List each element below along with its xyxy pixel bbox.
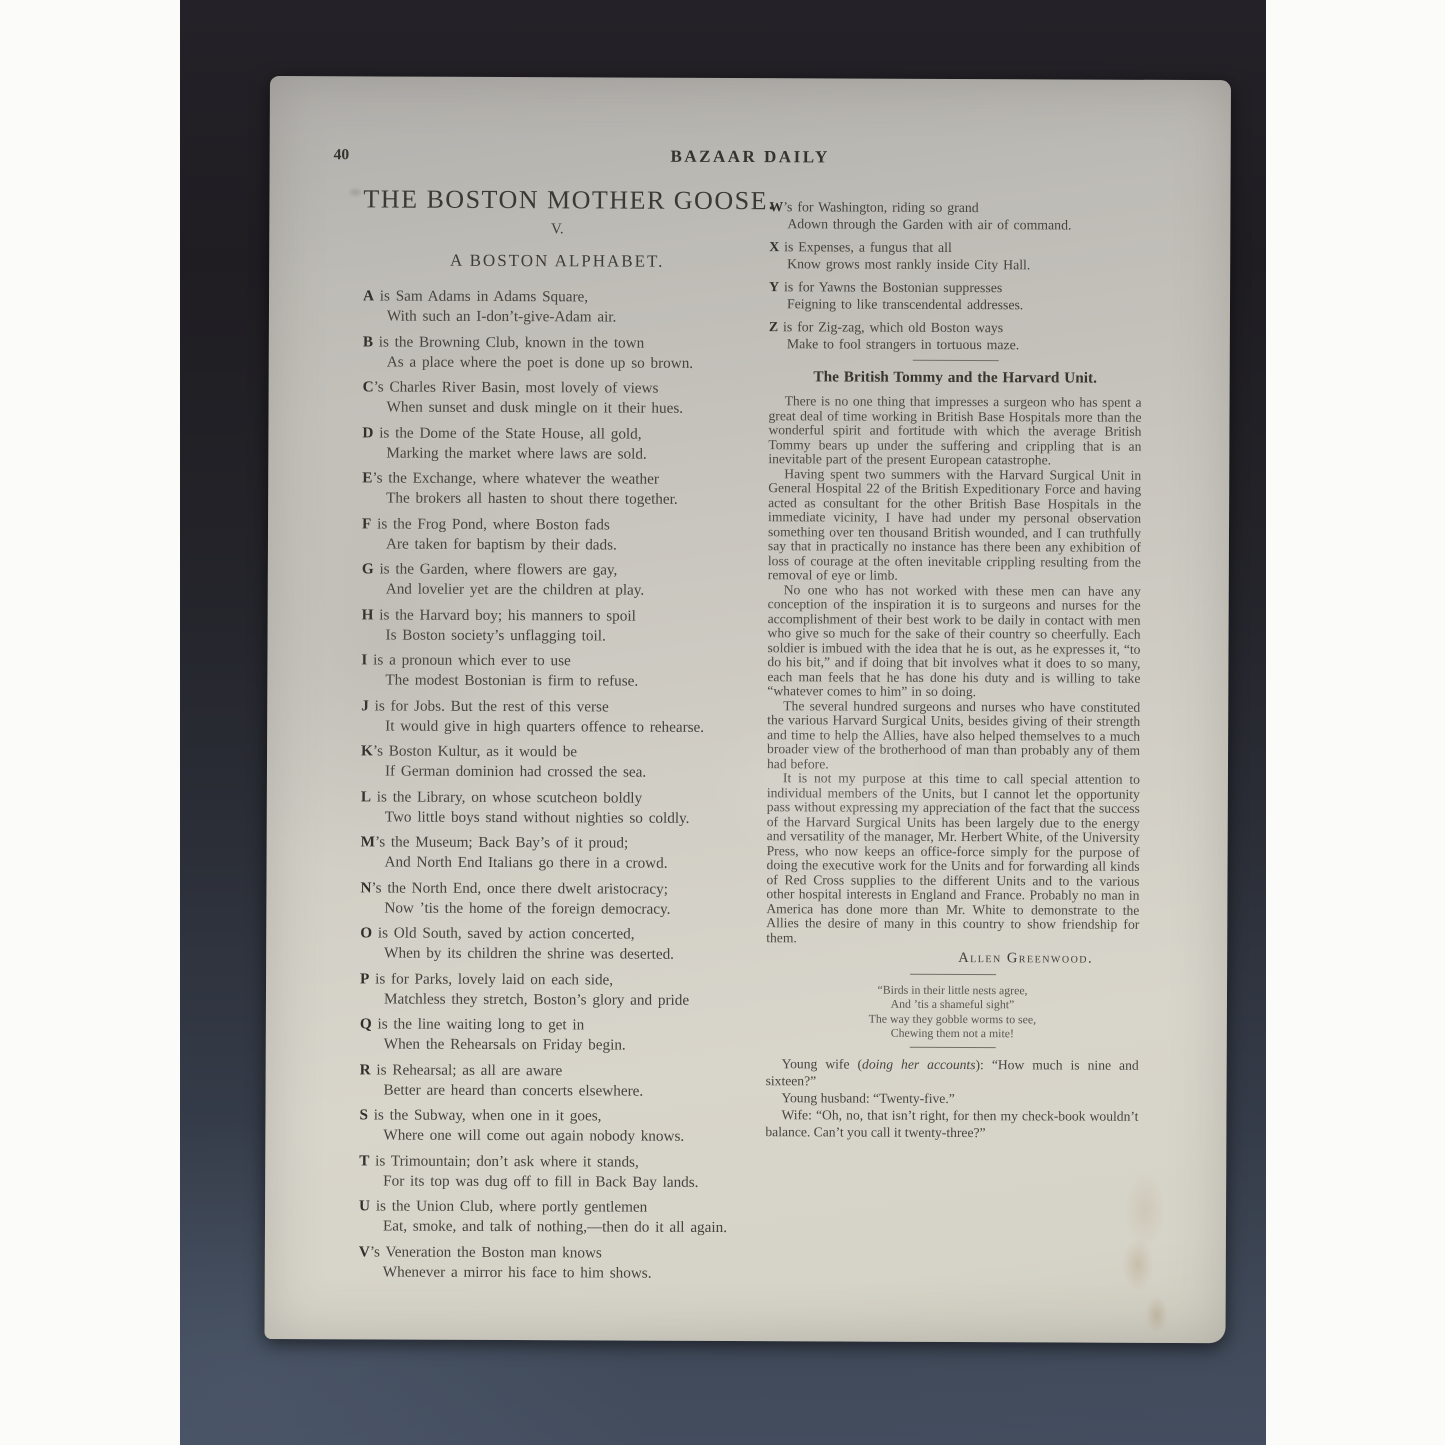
- alphabet-verse: A is Sam Adams in Adams Square,With such…: [363, 286, 751, 328]
- masthead-title: BAZAAR DAILY: [270, 145, 1231, 169]
- alphabet-verse: N’s the North End, once there dwelt aris…: [360, 878, 748, 920]
- right-column: W’s for Washington, riding so grandAdown…: [765, 178, 1143, 1291]
- verse-line-1: is the Subway, when one in it goes,: [368, 1106, 602, 1124]
- filler-poem-line: “Birds in their little nests agree,: [766, 982, 1139, 998]
- verse-initial-letter: W: [769, 199, 783, 214]
- verse-line-2: Matchless they stretch, Boston’s glory a…: [360, 990, 689, 1008]
- verse-line-2: Marking the market where laws are sold.: [362, 444, 646, 462]
- verse-initial-letter: D: [362, 424, 373, 441]
- verse-line-2: When the Rehearsals on Friday begin.: [360, 1035, 626, 1053]
- verse-initial-letter: Q: [360, 1015, 372, 1032]
- verse-initial-letter: F: [362, 515, 371, 532]
- alphabet-verse: D is the Dome of the State House, all go…: [362, 423, 750, 465]
- joke-line1-stage-direction: doing her accounts: [862, 1057, 976, 1072]
- article-paragraph: No one who has not worked with these men…: [767, 583, 1141, 701]
- verse-line-2: When by its children the shrine was dese…: [360, 944, 674, 962]
- alphabet-verse: U is the Union Club, where portly gentle…: [359, 1196, 747, 1238]
- verse-line-2: Better are heard than concerts elsewhere…: [360, 1081, 644, 1099]
- verse-initial-letter: X: [769, 239, 779, 254]
- verse-initial-letter: Z: [769, 319, 778, 334]
- verse-line-1: is Old South, saved by action concerted,: [372, 924, 635, 942]
- verse-line-1: is for Jobs. But the rest of this verse: [369, 697, 609, 715]
- verse-initial-letter: K: [361, 742, 373, 759]
- alphabet-verse: E’s the Exchange, where whatever the wea…: [362, 468, 750, 510]
- alphabet-verse: O is Old South, saved by action concerte…: [360, 923, 748, 965]
- article-paragraph: There is no one thing that impresses a s…: [768, 394, 1141, 468]
- verse-line-2: Eat, smoke, and talk of nothing,—then do…: [359, 1217, 727, 1236]
- alphabet-verse: B is the Browning Club, known in the tow…: [363, 332, 751, 374]
- article-paragraph: The several hundred surgeons and nurses …: [767, 699, 1140, 773]
- verse-initial-letter: O: [360, 924, 372, 941]
- verse-line-2: Feigning to like transcendental addresse…: [769, 296, 1023, 312]
- verse-line-2: Whenever a mirror his face to him shows.: [359, 1263, 652, 1281]
- filler-poem-line: Chewing them not a mite!: [766, 1025, 1139, 1041]
- alphabet-verse: Q is the line waiting long to get inWhen…: [360, 1014, 748, 1056]
- joke-line1-prefix: Young wife (: [782, 1056, 862, 1071]
- verse-initial-letter: N: [360, 879, 371, 896]
- alphabet-verse: H is the Harvard boy; his manners to spo…: [362, 605, 750, 647]
- divider-rule: [910, 974, 996, 975]
- verse-line-2: Know grows most rankly inside City Hall.: [769, 256, 1030, 272]
- verse-initial-letter: M: [361, 833, 375, 850]
- joke-line-2: Young husband: “Twenty-five.”: [766, 1089, 1139, 1108]
- joke-dialogue: Young wife (doing her accounts): “How mu…: [765, 1055, 1138, 1142]
- verse-initial-letter: Y: [769, 279, 779, 294]
- verse-line-2: Now ’tis the home of the foreign democra…: [360, 899, 670, 917]
- alphabet-verse: T is Trimountain; don’t ask where it sta…: [359, 1151, 747, 1193]
- alphabet-verse: G is the Garden, where flowers are gay,A…: [362, 559, 750, 601]
- verse-line-2: Make to fool strangers in tortuous maze.: [769, 336, 1019, 352]
- verse-line-2: And North End Italians go there in a cro…: [361, 853, 668, 871]
- poem-section-number: V.: [363, 220, 751, 239]
- verse-initial-letter: J: [361, 697, 369, 714]
- verse-initial-letter: T: [359, 1152, 369, 1169]
- verse-line-2: When sunset and dusk mingle on it their …: [363, 398, 684, 416]
- verse-line-1: ’s the Exchange, where whatever the weat…: [372, 469, 659, 487]
- joke-line-3: Wife: “Oh, no, that isn’t right, for the…: [765, 1106, 1138, 1142]
- alphabet-verse: X is Expenses, a fungus that allKnow gro…: [769, 238, 1142, 274]
- article-body: There is no one thing that impresses a s…: [766, 394, 1141, 947]
- verse-line-1: is Expenses, a fungus that all: [779, 239, 952, 255]
- article-paragraph: It is not my purpose at this time to cal…: [766, 771, 1140, 947]
- alphabet-verse: K’s Boston Kultur, as it would beIf Germ…: [361, 741, 749, 783]
- verse-line-2: If German dominion had crossed the sea.: [361, 762, 646, 780]
- filler-poem-line: The way they gobble worms to see,: [766, 1011, 1139, 1027]
- verse-line-1: ’s for Washington, riding so grand: [783, 199, 979, 215]
- verse-initial-letter: C: [363, 378, 374, 395]
- verse-line-1: is the Dome of the State House, all gold…: [373, 424, 641, 442]
- verse-line-2: Adown through the Garden with air of com…: [769, 216, 1071, 232]
- verse-initial-letter: G: [362, 560, 374, 577]
- alphabet-verse: S is the Subway, when one in it goes,Whe…: [359, 1105, 747, 1147]
- verse-line-2: Are taken for baptism by their dads.: [362, 535, 617, 553]
- alphabet-verse: P is for Parks, lovely laid on each side…: [360, 969, 748, 1011]
- verse-line-1: is for Zig-zag, which old Boston ways: [778, 319, 1003, 335]
- poem-subtitle: A BOSTON ALPHABET.: [363, 250, 751, 272]
- verse-line-1: is Trimountain; don’t ask where it stand…: [369, 1152, 638, 1170]
- alphabet-verse: I is a pronoun which ever to useThe mode…: [361, 650, 749, 692]
- verse-line-1: is the Harvard boy; his manners to spoil: [373, 606, 635, 624]
- filler-poem: “Birds in their little nests agree, And …: [766, 982, 1139, 1041]
- verse-line-1: is Rehearsal; as all are aware: [371, 1061, 563, 1079]
- verse-line-2: The brokers all hasten to shout there to…: [362, 489, 678, 507]
- alphabet-verse: R is Rehearsal; as all are awareBetter a…: [360, 1060, 748, 1102]
- alphabet-verses-a-to-v: A is Sam Adams in Adams Square,With such…: [359, 286, 751, 1283]
- alphabet-verse: F is the Frog Pond, where Boston fadsAre…: [362, 514, 750, 556]
- verse-line-2: The modest Bostonian is firm to refuse.: [361, 671, 638, 689]
- article-heading: The British Tommy and the Harvard Unit.: [769, 368, 1142, 388]
- page-columns: THE BOSTON MOTHER GOOSE. V. A BOSTON ALP…: [359, 176, 1143, 1290]
- verse-line-2: Is Boston society’s unflagging toil.: [362, 626, 606, 644]
- verse-line-1: is for Yawns the Bostonian suppresses: [779, 279, 1002, 295]
- alphabet-verse: Y is for Yawns the Bostonian suppressesF…: [769, 278, 1142, 314]
- poem-title: THE BOSTON MOTHER GOOSE.: [363, 184, 751, 216]
- divider-rule: [912, 360, 998, 361]
- verse-initial-letter: E: [362, 469, 372, 486]
- verse-line-1: is a pronoun which ever to use: [367, 651, 570, 669]
- verse-initial-letter: P: [360, 970, 369, 987]
- verse-line-1: is the line waiting long to get in: [372, 1015, 585, 1033]
- verse-initial-letter: V: [359, 1243, 370, 1260]
- alphabet-verse: J is for Jobs. But the rest of this vers…: [361, 696, 749, 738]
- filler-poem-line: And ’tis a shameful sight”: [766, 996, 1139, 1012]
- left-column: THE BOSTON MOTHER GOOSE. V. A BOSTON ALP…: [359, 176, 752, 1289]
- article-signature: Allen Greenwood.: [766, 949, 1139, 968]
- verse-line-1: is the Library, on whose scutcheon boldl…: [371, 788, 642, 806]
- verse-line-1: is the Browning Club, known in the town: [373, 333, 644, 351]
- magazine-page: 40 BAZAAR DAILY THE BOSTON MOTHER GOOSE.…: [264, 76, 1231, 1343]
- verse-initial-letter: U: [359, 1197, 370, 1214]
- verse-line-2: Two little boys stand without nighties s…: [361, 808, 690, 826]
- verse-line-1: is the Garden, where flowers are gay,: [374, 560, 618, 578]
- verse-line-2: It would give in high quarters offence t…: [361, 717, 704, 735]
- alphabet-verse: Z is for Zig-zag, which old Boston waysM…: [769, 318, 1142, 354]
- verse-line-1: ’s Veneration the Boston man knows: [370, 1243, 602, 1261]
- verse-line-1: ’s Charles River Basin, most lovely of v…: [374, 378, 659, 396]
- alphabet-verse: L is the Library, on whose scutcheon bol…: [361, 787, 749, 829]
- alphabet-verse: M’s the Museum; Back Bay’s of it proud;A…: [361, 832, 749, 874]
- alphabet-verses-w-to-z: W’s for Washington, riding so grandAdown…: [769, 198, 1143, 354]
- joke-line-1: Young wife (doing her accounts): “How mu…: [766, 1055, 1139, 1091]
- verse-initial-letter: B: [363, 333, 373, 350]
- article-paragraph: Having spent two summers with the Harvar…: [768, 467, 1142, 585]
- verse-line-2: For its top was dug off to fill in Back …: [359, 1172, 698, 1190]
- verse-line-1: ’s the Museum; Back Bay’s of it proud;: [375, 833, 628, 851]
- verse-initial-letter: L: [361, 788, 371, 805]
- verse-line-2: Where one will come out again nobody kno…: [359, 1126, 684, 1144]
- verse-line-2: With such an I-don’t-give-Adam air.: [363, 307, 616, 325]
- verse-line-2: As a place where the poet is done up so …: [363, 353, 693, 371]
- photo-of-magazine-page: 40 BAZAAR DAILY THE BOSTON MOTHER GOOSE.…: [0, 0, 1445, 1445]
- verse-line-2: And lovelier yet are the children at pla…: [362, 580, 645, 598]
- verse-line-1: is Sam Adams in Adams Square,: [374, 287, 588, 305]
- verse-initial-letter: R: [360, 1061, 371, 1078]
- verse-initial-letter: H: [362, 606, 374, 623]
- verse-line-1: is the Frog Pond, where Boston fads: [371, 515, 610, 533]
- verse-line-1: is for Parks, lovely laid on each side,: [369, 970, 613, 988]
- verse-initial-letter: A: [363, 287, 374, 304]
- verse-line-1: ’s Boston Kultur, as it would be: [373, 742, 577, 760]
- alphabet-verse: W’s for Washington, riding so grandAdown…: [769, 198, 1142, 234]
- alphabet-verse: C’s Charles River Basin, most lovely of …: [363, 377, 751, 419]
- verse-line-1: ’s the North End, once there dwelt arist…: [371, 879, 668, 897]
- verse-line-1: is the Union Club, where portly gentleme…: [370, 1197, 647, 1215]
- divider-rule: [909, 1047, 995, 1048]
- alphabet-verse: V’s Veneration the Boston man knowsWhene…: [359, 1242, 747, 1284]
